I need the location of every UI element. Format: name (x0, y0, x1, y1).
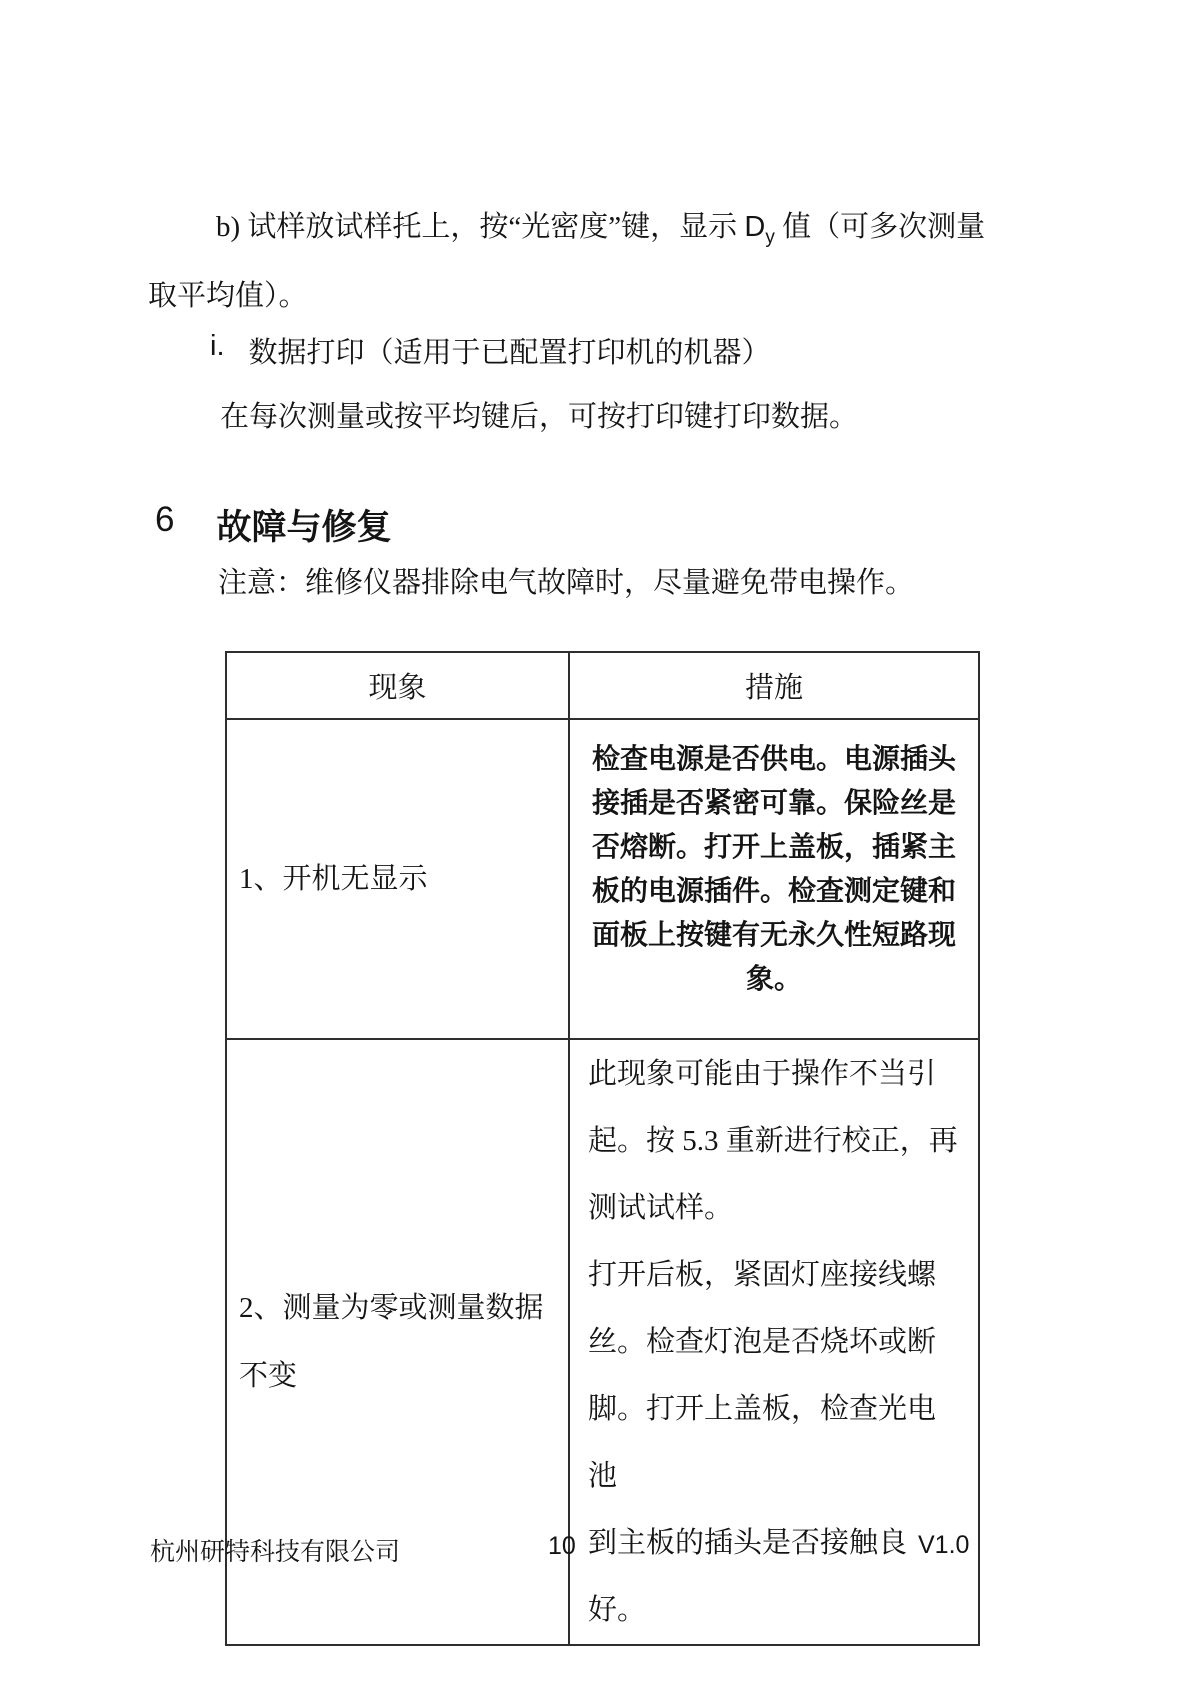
table-row: 1、开机无显示 检查电源是否供电。电源插头 接插是否紧密可靠。保险丝是 否熔断。… (226, 719, 979, 1039)
troubleshooting-table-container: 现象 措施 1、开机无显示 检查电源是否供电。电源插头 接插是否紧密可靠。保险丝… (225, 651, 980, 1646)
section-heading-troubleshooting: 6 故障与修复 (155, 500, 391, 550)
list-item-marker: i. (210, 330, 225, 371)
table-header-row: 现象 措施 (226, 652, 979, 719)
paragraph-sample-measurement: b) 试样放试样托上，按“光密度”键，显示 Dy 值（可多次测量 取平均值）。 (148, 198, 1008, 325)
paragraph-text-post: 值（可多次测量 (775, 211, 985, 243)
phenomenon-cell-no-display: 1、开机无显示 (226, 719, 569, 1039)
manual-page: b) 试样放试样托上，按“光密度”键，显示 Dy 值（可多次测量 取平均值）。 … (0, 0, 1200, 1702)
density-symbol-subscript: y (765, 227, 775, 248)
list-item-text: 数据打印（适用于已配置打印机的机器） (249, 330, 771, 371)
table-header-phenomenon: 现象 (226, 652, 569, 719)
table-header-measure: 措施 (569, 652, 979, 719)
footer-page-number: 10 (548, 1532, 576, 1561)
caution-note: 注意：维修仪器排除电气故障时，尽量避免带电操作。 (218, 560, 914, 601)
paragraph-print-instruction: 在每次测量或按平均键后，可按打印键打印数据。 (220, 394, 858, 435)
footer-company-name: 杭州研特科技有限公司 (150, 1532, 400, 1568)
section-title: 故障与修复 (216, 500, 391, 550)
density-symbol: D (744, 211, 765, 243)
troubleshooting-table: 现象 措施 1、开机无显示 检查电源是否供电。电源插头 接插是否紧密可靠。保险丝… (225, 651, 980, 1646)
paragraph-sample-measurement-line2: 取平均值）。 (148, 267, 1008, 325)
paragraph-sample-measurement-line1: b) 试样放试样托上，按“光密度”键，显示 Dy 值（可多次测量 (148, 198, 1008, 267)
section-number: 6 (155, 500, 174, 550)
measure-paragraph-lamp-check: 打开后板，紧固灯座接线螺 丝。检查灯泡是否烧坏或断 脚。打开上盖板，检查光电池 … (588, 1242, 960, 1644)
measure-paragraph-recalibrate: 此现象可能由于操作不当引 起。按 5.3 重新进行校正，再 测试试样。 (588, 1041, 960, 1242)
measure-cell-power-check: 检查电源是否供电。电源插头 接插是否紧密可靠。保险丝是 否熔断。打开上盖板，插紧… (569, 719, 979, 1039)
paragraph-text-pre: b) 试样放试样托上，按“光密度”键，显示 (216, 211, 744, 243)
list-item-data-print: i. 数据打印（适用于已配置打印机的机器） (210, 330, 771, 371)
footer-version: V1.0 (918, 1531, 969, 1560)
